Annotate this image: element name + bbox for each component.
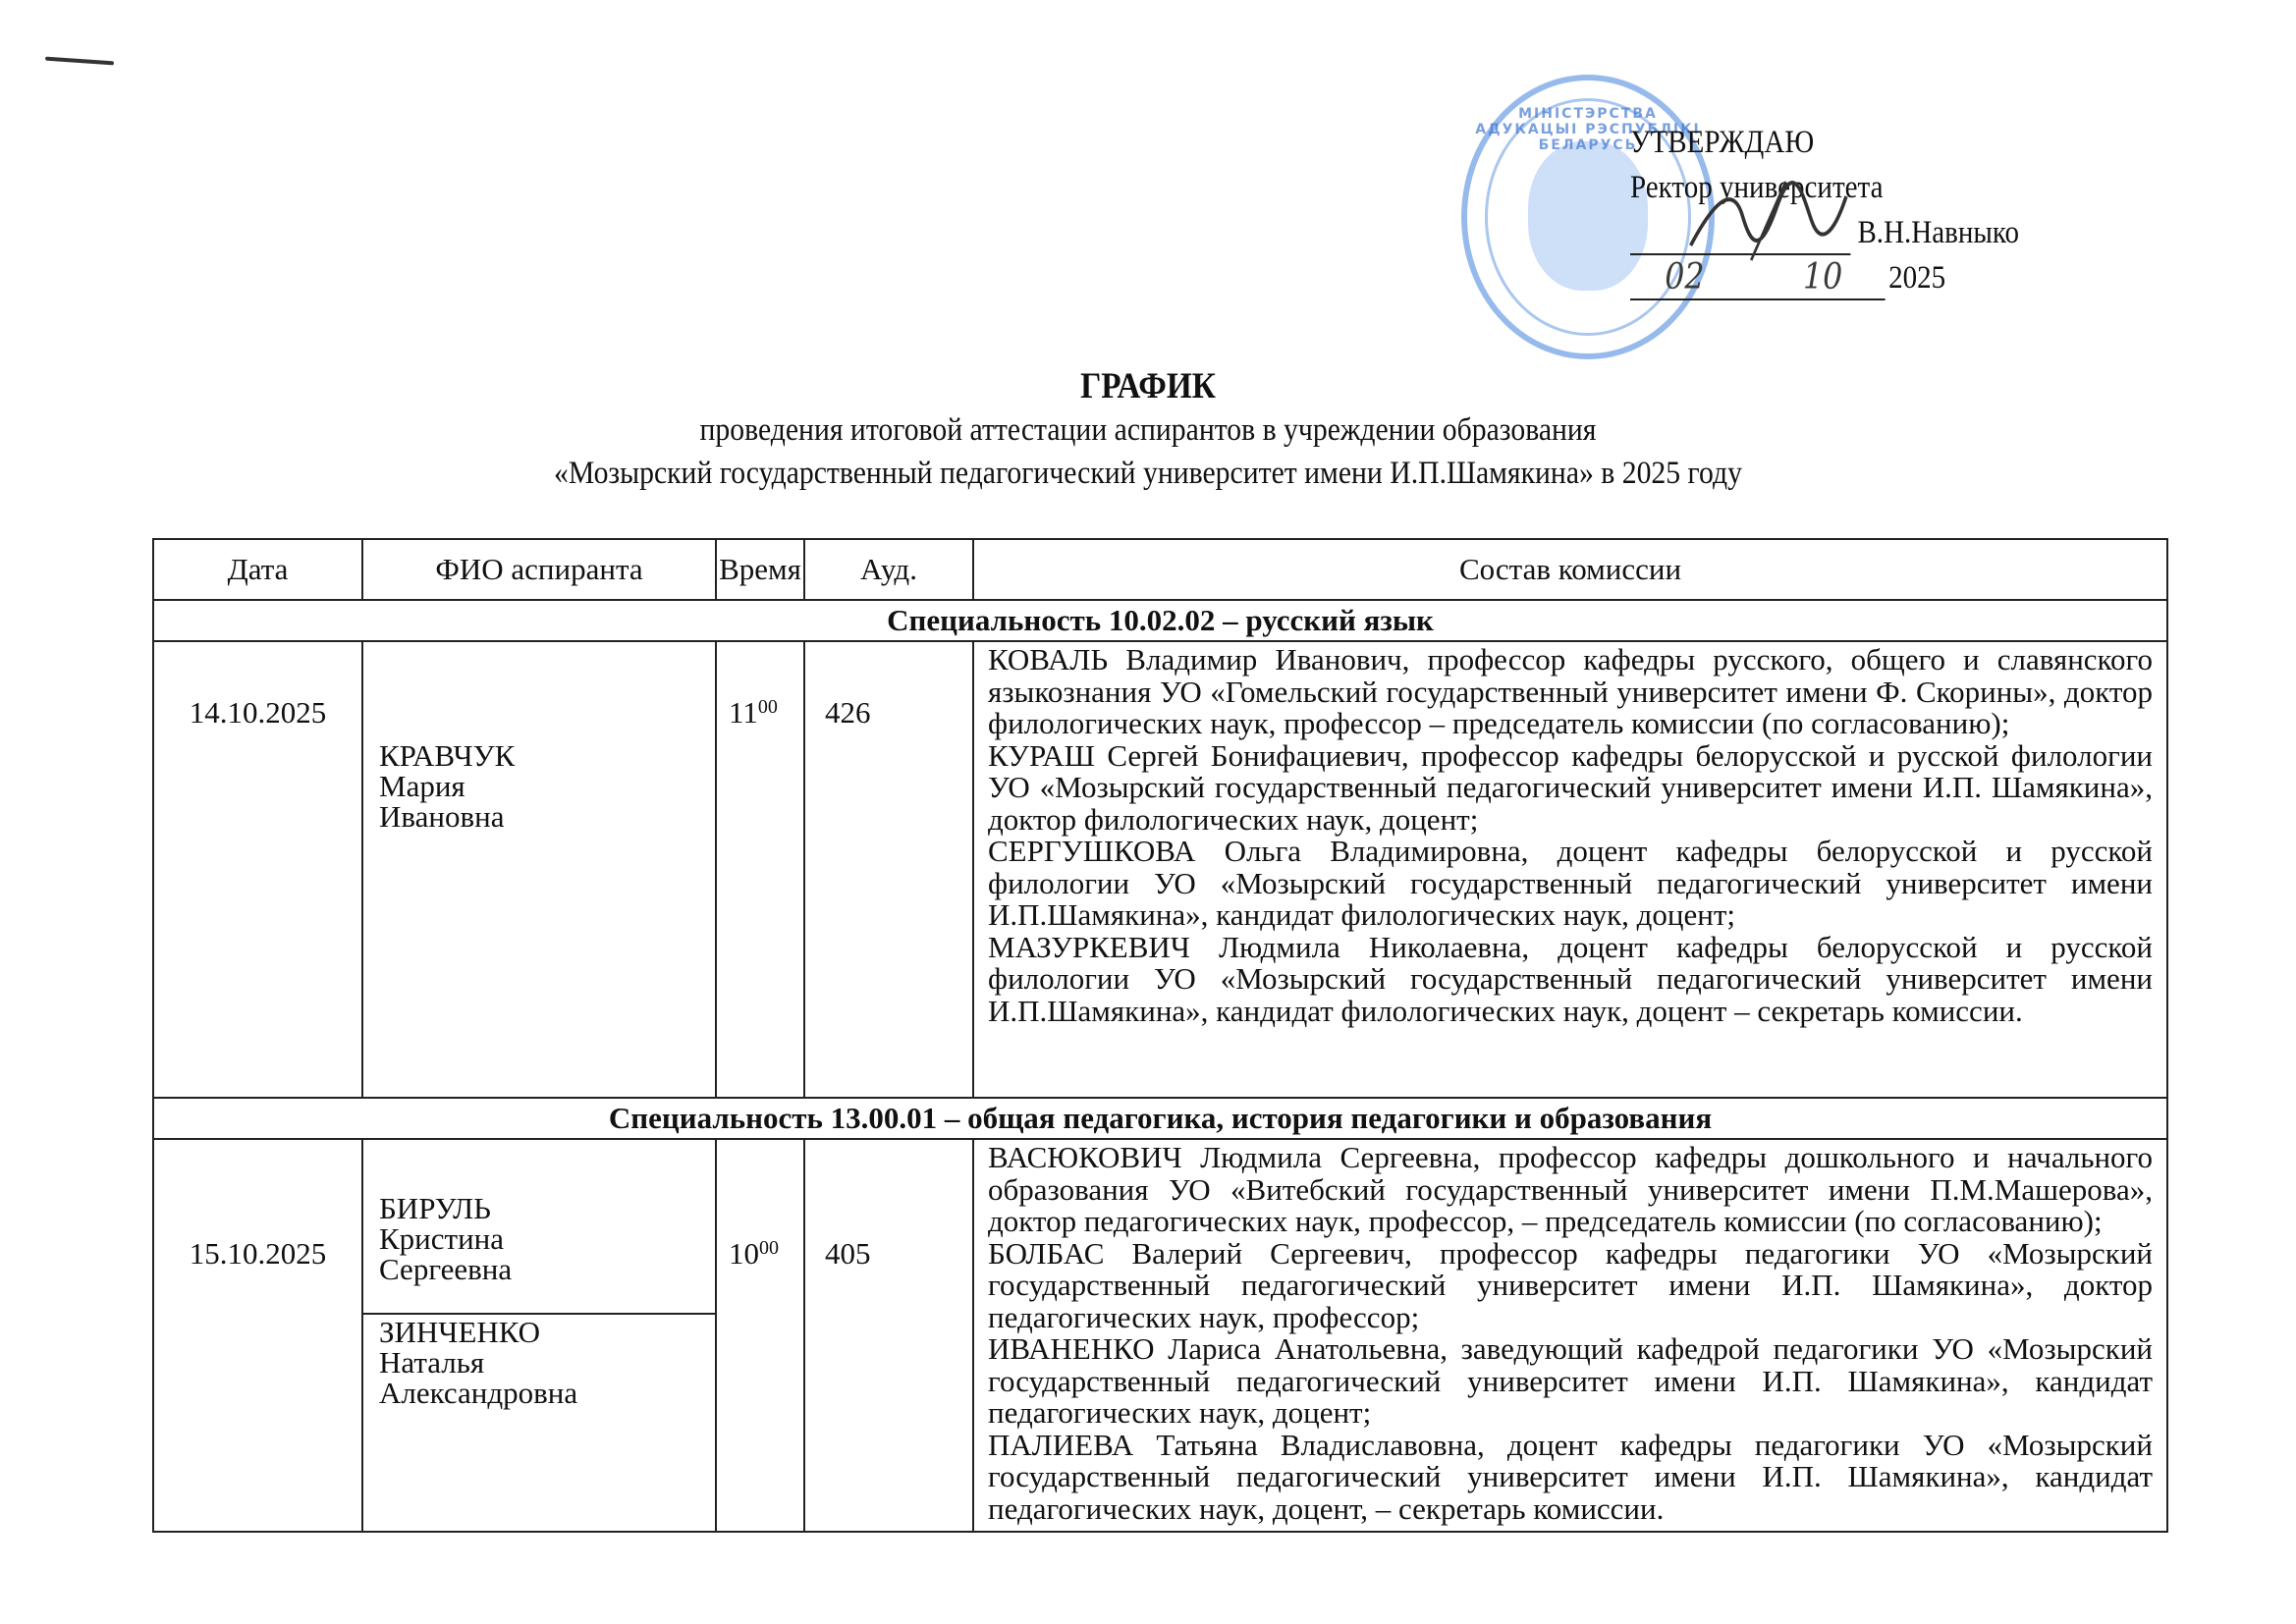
student-patronymic: Сергеевна xyxy=(379,1254,715,1284)
time-cell: 1100 xyxy=(716,641,804,1098)
student-cell: БИРУЛЬ Кристина Сергеевна xyxy=(362,1139,716,1314)
time-hour: 11 xyxy=(729,695,758,730)
time-minutes: 00 xyxy=(759,1237,779,1259)
document-title: ГРАФИК xyxy=(115,365,2181,408)
commission-member: ИВАНЕНКО Лариса Анатольевна, заведующий … xyxy=(988,1333,2153,1430)
document-subtitle-line1: проведения итоговой аттестации аспиранто… xyxy=(115,408,2181,452)
time-cell: 1000 xyxy=(716,1139,804,1532)
commission-member: КОВАЛЬ Владимир Иванович, профессор кафе… xyxy=(988,644,2153,740)
exam-date: 15.10.2025 xyxy=(154,1238,361,1271)
handwritten-month: 10 xyxy=(1803,255,1842,300)
specialty-label: Специальность 10.02.02 – русский язык xyxy=(153,600,2167,641)
student-patronymic: Александровна xyxy=(379,1378,715,1408)
date-blank: 02 10 xyxy=(1630,261,1886,300)
table-header-row: Дата ФИО аспиранта Время Ауд. Состав ком… xyxy=(153,539,2167,600)
student-name: КРАВЧУК Мария Ивановна xyxy=(379,740,715,832)
handwritten-day: 02 xyxy=(1665,255,1704,300)
student-patronymic: Ивановна xyxy=(379,801,715,832)
header-time: Время xyxy=(716,539,804,600)
table-row: 15.10.2025 БИРУЛЬ Кристина Сергеевна 100… xyxy=(153,1139,2167,1314)
exam-date: 14.10.2025 xyxy=(154,697,361,730)
commission-member: МАЗУРКЕВИЧ Людмила Николаевна, доцент ка… xyxy=(988,932,2153,1028)
room-cell: 405 xyxy=(804,1139,973,1532)
commission-member: БОЛБАС Валерий Сергеевич, профессор кафе… xyxy=(988,1238,2153,1334)
approval-year: 2025 xyxy=(1888,255,1945,300)
student-name: ЗИНЧЕНКО Наталья Александровна xyxy=(379,1317,715,1408)
commission-cell: КОВАЛЬ Владимир Иванович, профессор кафе… xyxy=(973,641,2167,1098)
signatory-name: В.Н.Навныко xyxy=(1857,210,2019,255)
exam-time: 1100 xyxy=(729,697,803,730)
student-cell: КРАВЧУК Мария Ивановна xyxy=(362,641,716,1098)
signature-line: В.Н.Навныко xyxy=(1630,210,2019,255)
table-row: 14.10.2025 КРАВЧУК Мария Ивановна 1100 4… xyxy=(153,641,2167,1098)
pen-mark xyxy=(45,57,114,66)
commission-member: ПАЛИЕВА Татьяна Владиславовна, доцент ка… xyxy=(988,1430,2153,1526)
specialty-label: Специальность 13.00.01 – общая педагогик… xyxy=(153,1098,2167,1139)
approval-heading: УТВЕРЖДАЮ xyxy=(1630,120,2019,165)
room-cell: 426 xyxy=(804,641,973,1098)
exam-time: 1000 xyxy=(729,1238,803,1271)
commission-member: КУРАШ Сергей Бонифациевич, профессор каф… xyxy=(988,740,2153,837)
header-date: Дата xyxy=(153,539,362,600)
date-cell: 15.10.2025 xyxy=(153,1139,362,1532)
approval-block: УТВЕРЖДАЮ Ректор университета В.Н.Навнык… xyxy=(1630,120,2019,300)
room-number: 426 xyxy=(825,697,972,730)
student-first-name: Мария xyxy=(379,771,715,801)
student-first-name: Наталья xyxy=(379,1347,715,1378)
header-room: Ауд. xyxy=(804,539,973,600)
student-cell: ЗИНЧЕНКО Наталья Александровна xyxy=(362,1314,716,1532)
date-cell: 14.10.2025 xyxy=(153,641,362,1098)
document-heading: ГРАФИК проведения итоговой аттестации ас… xyxy=(0,365,2296,495)
schedule-table: Дата ФИО аспиранта Время Ауд. Состав ком… xyxy=(152,538,2168,1533)
student-surname: ЗИНЧЕНКО xyxy=(379,1317,715,1347)
time-minutes: 00 xyxy=(758,696,778,718)
document-subtitle-line2: «Мозырский государственный педагогически… xyxy=(115,452,2181,495)
time-hour: 10 xyxy=(729,1236,759,1271)
signature-blank xyxy=(1630,216,1850,255)
specialty-row: Специальность 13.00.01 – общая педагогик… xyxy=(153,1098,2167,1139)
commission-member: ВАСЮКОВИЧ Людмила Сергеевна, профессор к… xyxy=(988,1142,2153,1238)
header-name: ФИО аспиранта xyxy=(362,539,716,600)
student-surname: БИРУЛЬ xyxy=(379,1193,715,1223)
approval-date: 02 10 2025 xyxy=(1630,255,2019,300)
student-surname: КРАВЧУК xyxy=(379,740,715,771)
student-first-name: Кристина xyxy=(379,1223,715,1254)
specialty-row: Специальность 10.02.02 – русский язык xyxy=(153,600,2167,641)
signature-icon xyxy=(1682,177,1855,265)
room-number: 405 xyxy=(825,1238,972,1271)
header-commission: Состав комиссии xyxy=(973,539,2167,600)
commission-member: СЕРГУШКОВА Ольга Владимировна, доцент ка… xyxy=(988,836,2153,932)
student-name: БИРУЛЬ Кристина Сергеевна xyxy=(379,1193,715,1284)
commission-cell: ВАСЮКОВИЧ Людмила Сергеевна, профессор к… xyxy=(973,1139,2167,1532)
